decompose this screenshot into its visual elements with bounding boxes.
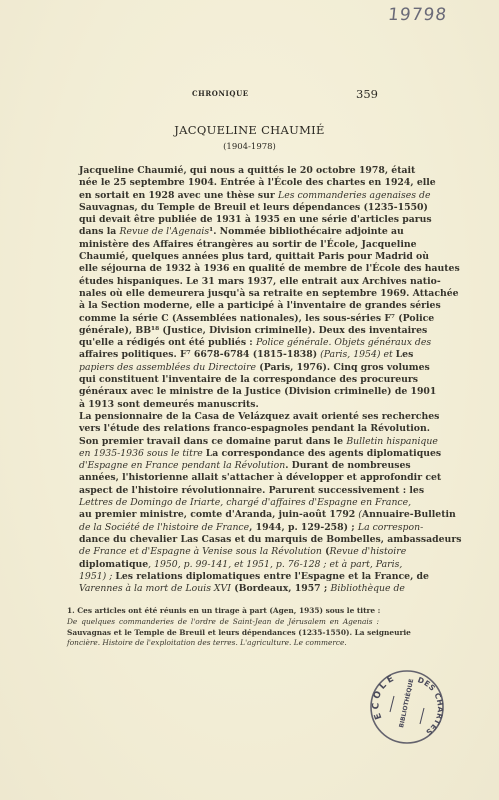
paragraph-2: La pensionnaire de la Casa de Velázquez … bbox=[67, 411, 379, 595]
article-dates: (1904-1978) bbox=[0, 142, 499, 152]
stamp-text-bibliotheque: BIBLIOTHÈQUE bbox=[397, 678, 415, 728]
text-line: qui devait être publiée de 1931 à 1935 e… bbox=[67, 214, 379, 226]
text-line: née le 25 septembre 1904. Entrée à l'Éco… bbox=[67, 177, 379, 189]
paragraph-1: Jacqueline Chaumié, qui nous a quittés l… bbox=[67, 165, 379, 411]
running-head-section: CHRONIQUE bbox=[192, 89, 249, 98]
text-line: affaires politiques. F⁷ 6678-6784 (1815-… bbox=[67, 349, 379, 361]
text-line: foncière. Histoire de l'exploitation des… bbox=[67, 638, 379, 649]
scanned-page: 19798 CHRONIQUE 359 JACQUELINE CHAUMIÉ (… bbox=[0, 0, 499, 800]
text-line: diplomatique, 1950, p. 99-141, et 1951, … bbox=[67, 559, 379, 571]
text-line: papiers des assemblées du Directoire (Pa… bbox=[67, 362, 379, 374]
stamp-seal-icon: ECOLE DES CHARTES BIBLIOTHÈQUE bbox=[368, 668, 446, 746]
running-head: CHRONIQUE 359 bbox=[67, 87, 378, 101]
text-line: La pensionnaire de la Casa de Velázquez … bbox=[67, 411, 379, 423]
text-line: ministère des Affaires étrangères au sor… bbox=[67, 239, 379, 251]
text-line: en 1935-1936 sous le titre La correspond… bbox=[67, 448, 379, 460]
text-line: à 1913 sont demeurés manuscrits. bbox=[67, 399, 379, 411]
text-line: Varennes à la mort de Louis XVI (Bordeau… bbox=[67, 583, 379, 595]
text-line: générale), BB¹⁸ (Justice, Division crimi… bbox=[67, 325, 379, 337]
text-line: de la Société de l'histoire de France, 1… bbox=[67, 522, 379, 534]
text-line: de France et d'Espagne à Venise sous la … bbox=[67, 546, 379, 558]
text-line: Son premier travail dans ce domaine paru… bbox=[67, 436, 379, 448]
text-line: d'Espagne en France pendant la Révolutio… bbox=[67, 460, 379, 472]
text-line: vers l'étude des relations franco-espagn… bbox=[67, 423, 379, 435]
footnote: 1. Ces articles ont été réunis en un tir… bbox=[67, 606, 379, 649]
text-line: qui constituent l'inventaire de la corre… bbox=[67, 374, 379, 386]
text-line: dance du chevalier Las Casas et du marqu… bbox=[67, 534, 379, 546]
text-line: aspect de l'histoire révolutionnaire. Pa… bbox=[67, 485, 379, 497]
text-line: années, l'historienne allait s'attacher … bbox=[67, 472, 379, 484]
text-line: 1951) ; Les relations diplomatiques entr… bbox=[67, 571, 379, 583]
text-line: à la Section moderne, elle a participé à… bbox=[67, 300, 379, 312]
library-stamp: ECOLE DES CHARTES BIBLIOTHÈQUE bbox=[368, 668, 446, 746]
text-line: en sortait en 1928 avec une thèse sur Le… bbox=[67, 190, 379, 202]
text-line: études hispaniques. Le 31 mars 1937, ell… bbox=[67, 276, 379, 288]
text-line: dans la Revue de l'Agenais¹. Nommée bibl… bbox=[67, 226, 379, 238]
text-line: Chaumié, quelques années plus tard, quit… bbox=[67, 251, 379, 263]
text-line: elle séjourna de 1932 à 1936 en qualité … bbox=[67, 263, 379, 275]
page-number: 359 bbox=[356, 87, 378, 101]
text-line: comme la série C (Assemblées nationales)… bbox=[67, 313, 379, 325]
text-line: Lettres de Domingo de Iriarte, chargé d'… bbox=[67, 497, 379, 509]
text-line: au premier ministre, comte d'Aranda, jui… bbox=[67, 509, 379, 521]
text-line: 1. Ces articles ont été réunis en un tir… bbox=[67, 606, 379, 617]
article-body: Jacqueline Chaumié, qui nous a quittés l… bbox=[67, 165, 379, 595]
text-line: Jacqueline Chaumié, qui nous a quittés l… bbox=[67, 165, 379, 177]
text-line: nales où elle demeurera jusqu'à sa retra… bbox=[67, 288, 379, 300]
text-line: qu'elle a rédigés ont été publiés : Poli… bbox=[67, 337, 379, 349]
text-line: généraux avec le ministre de la Justice … bbox=[67, 386, 379, 398]
text-line: Sauvagnas, du Temple de Breuil et leurs … bbox=[67, 202, 379, 214]
handwritten-catalog-number: 19798 bbox=[387, 5, 448, 25]
text-line: De quelques commanderies de l'ordre de S… bbox=[67, 617, 379, 628]
text-line: Sauvagnas et le Temple de Breuil et leur… bbox=[67, 628, 379, 639]
article-title: JACQUELINE CHAUMIÉ bbox=[0, 123, 499, 137]
